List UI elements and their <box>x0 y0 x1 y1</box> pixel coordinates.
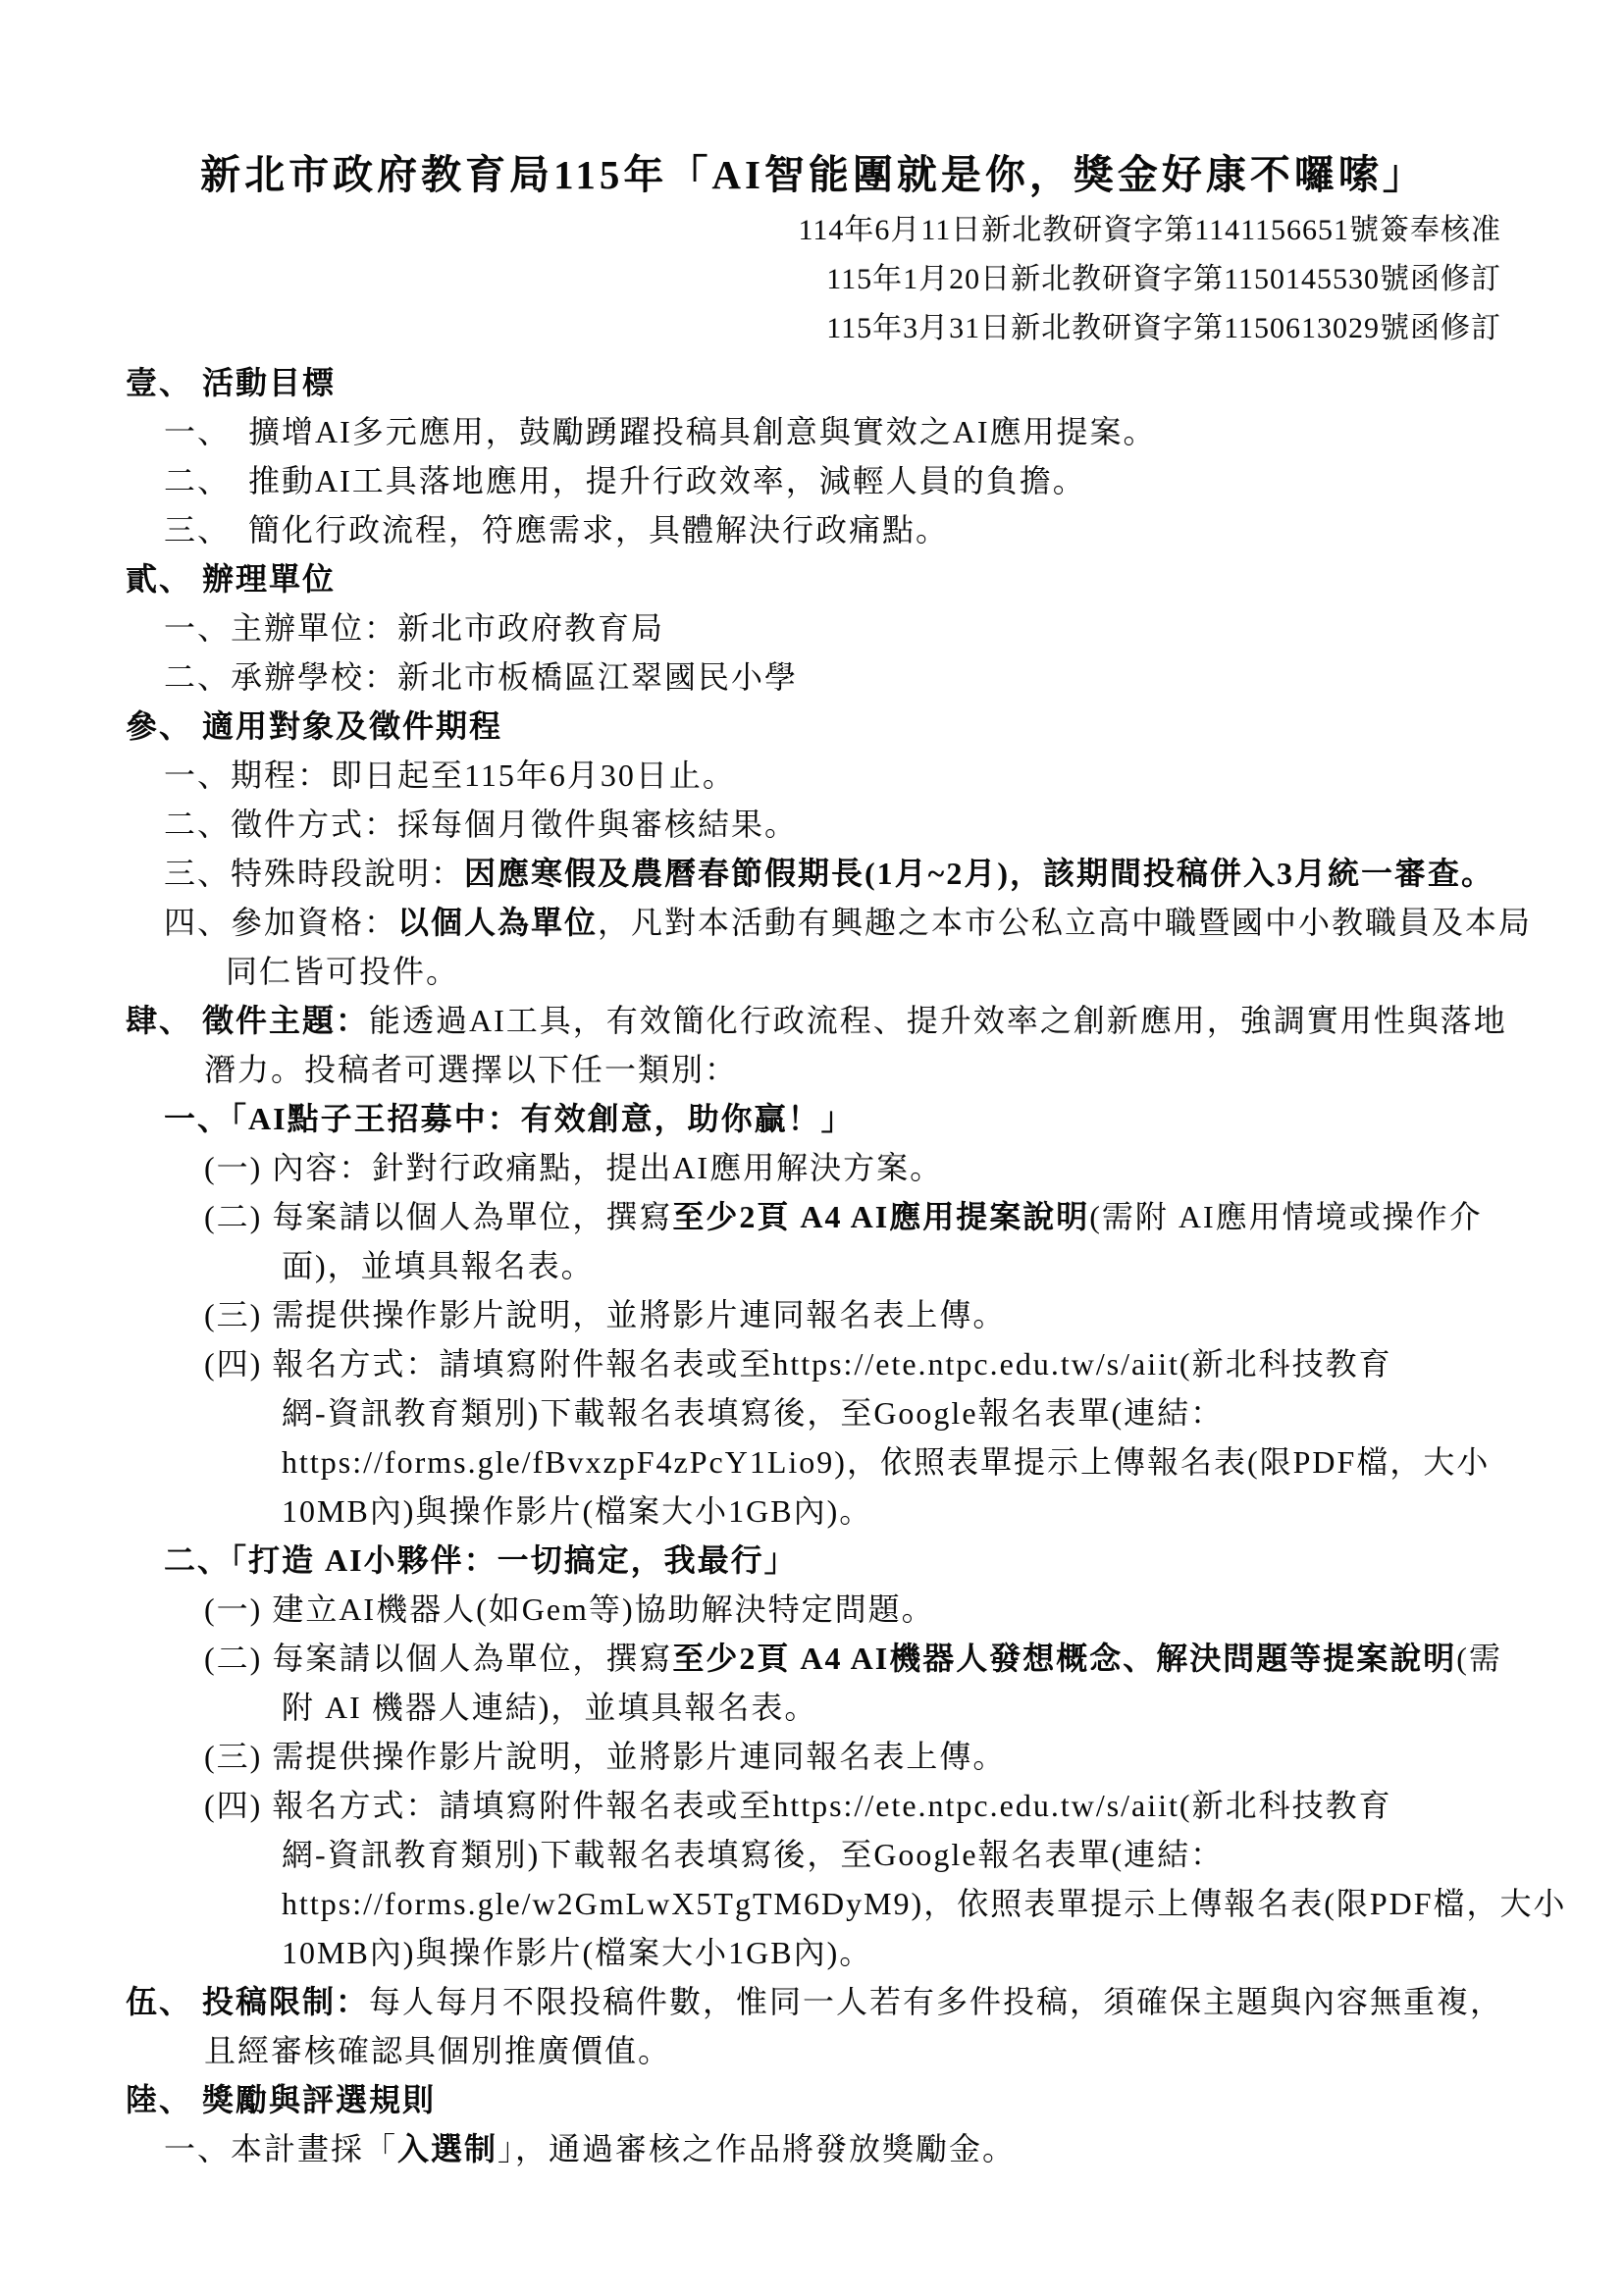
list-item: (二) 每案請以個人為單位，撰寫至少2頁 A4 AI應用提案說明(需附 AI應用… <box>204 1192 1483 1241</box>
text-segment: 伍、 投稿限制： <box>126 1984 369 2019</box>
text-segment: 且經審核確認具個別推廣價值。 <box>204 2033 671 2068</box>
continuation-line: 10MB內)與操作影片(檔案大小1GB內)。 <box>282 1928 872 1977</box>
text-segment: 一、主辦單位：新北市政府教育局 <box>164 610 664 646</box>
text-segment: 二、「打造 AI小夥伴：一切搞定，我最行」 <box>164 1542 798 1578</box>
text-segment: 因應寒假及農曆春節假期長(1月~2月)，該期間投稿併入3月統一審查。 <box>464 856 1494 891</box>
section-paragraph-5: 伍、 投稿限制：每人每月不限投稿件數，惟同一人若有多件投稿，須確保主題與內容無重… <box>126 1977 1503 2026</box>
text-segment: 三、特殊時段說明： <box>164 856 464 891</box>
text-segment: 附 AI 機器人連結)，並填具報名表。 <box>282 1690 817 1725</box>
category-heading: 二、「打造 AI小夥伴：一切搞定，我最行」 <box>164 1536 798 1585</box>
text-segment: 二、徵件方式：採每個月徵件與審核結果。 <box>164 807 798 842</box>
text-segment: 二、 推動AI工具落地應用，提升行政效率，減輕人員的負擔。 <box>164 463 1086 498</box>
continuation-line: 網-資訊教育類別)下載報名表填寫後，至Google報名表單(連結： <box>282 1830 1224 1879</box>
text-segment: 至少2頁 A4 AI機器人發想概念、解決問題等提案說明 <box>672 1641 1456 1676</box>
text-segment: (三) 需提供操作影片說明，並將影片連同報名表上傳。 <box>204 1297 1006 1332</box>
list-item: (四) 報名方式：請填寫附件報名表或至https://ete.ntpc.edu.… <box>204 1339 1392 1388</box>
text-segment: 四、參加資格： <box>164 905 397 940</box>
continuation-line: 網-資訊教育類別)下載報名表填寫後，至Google報名表單(連結： <box>282 1388 1224 1437</box>
revision-reference-line-2: 115年3月31日新北教研資字第1150613029號函修訂 <box>126 304 1501 353</box>
text-segment: (需 <box>1456 1641 1502 1676</box>
text-segment: 10MB內)與操作影片(檔案大小1GB內)。 <box>282 1935 872 1970</box>
revision-reference-line-1: 115年1月20日新北教研資字第1150145530號函修訂 <box>126 255 1501 304</box>
text-segment: (需附 AI應用情境或操作介 <box>1089 1199 1482 1234</box>
list-item: 一、期程：即日起至115年6月30日止。 <box>164 751 736 800</box>
text-segment: 陸、 獎勵與評選規則 <box>126 2082 436 2117</box>
text-segment: 每人每月不限投稿件數，惟同一人若有多件投稿，須確保主題與內容無重複， <box>369 1984 1503 2019</box>
text-segment: https://forms.gle/fBvxzpF4zPcY1Lio9)，依照表… <box>282 1444 1490 1480</box>
document-page: 新北市政府教育局115年「AI智能團就是你，獎金好康不囉嗦」 114年6月11日… <box>0 0 1624 2295</box>
continuation-line: https://forms.gle/w2GmLwX5TgTM6DyM9)，依照表… <box>282 1879 1567 1928</box>
reference-lines: 114年6月11日新北教研資字第1141156651號簽奉核准 115年1月20… <box>126 206 1501 353</box>
text-segment: 同仁皆可投件。 <box>226 954 459 989</box>
text-segment: 能透過AI工具，有效簡化行政流程、提升效率之創新應用，強調實用性與落地 <box>369 1003 1507 1038</box>
list-item: 一、主辦單位：新北市政府教育局 <box>164 603 664 652</box>
text-segment: 網-資訊教育類別)下載報名表填寫後，至Google報名表單(連結： <box>282 1395 1224 1431</box>
text-segment: 一、本計畫採「 <box>164 2131 397 2166</box>
text-segment: (一) 建立AI機器人(如Gem等)協助解決特定問題。 <box>204 1591 935 1627</box>
continuation-line: 潛力。投稿者可選擇以下任一類別： <box>204 1045 738 1094</box>
category-heading: 一、「AI點子王招募中：有效創意，助你贏！」 <box>164 1094 855 1143</box>
text-segment: (四) 報名方式：請填寫附件報名表或至https://ete.ntpc.edu.… <box>204 1346 1392 1382</box>
text-segment: 三、 簡化行政流程，符應需求，具體解決行政痛點。 <box>164 512 949 548</box>
document-title: 新北市政府教育局115年「AI智能團就是你，獎金好康不囉嗦」 <box>126 147 1501 202</box>
text-segment: 一、期程：即日起至115年6月30日止。 <box>164 757 736 793</box>
section-heading-2: 貳、 辦理單位 <box>126 554 336 603</box>
text-segment: 至少2頁 A4 AI應用提案說明 <box>672 1199 1089 1234</box>
text-segment: 二、承辦學校：新北市板橋區江翠國民小學 <box>164 659 798 695</box>
text-segment: https://forms.gle/w2GmLwX5TgTM6DyM9)，依照表… <box>282 1886 1567 1921</box>
text-segment: ，凡對本活動有興趣之本市公私立高中職暨國中小教職員及本局 <box>598 905 1532 940</box>
list-item: 一、 擴增AI多元應用，鼓勵踴躍投稿具創意與實效之AI應用提案。 <box>164 407 1157 456</box>
text-segment: 入選制 <box>397 2131 498 2166</box>
list-item: (四) 報名方式：請填寫附件報名表或至https://ete.ntpc.edu.… <box>204 1781 1392 1830</box>
section-heading-6: 陸、 獎勵與評選規則 <box>126 2075 436 2124</box>
text-segment: (二) 每案請以個人為單位，撰寫 <box>204 1641 672 1676</box>
text-segment: 壹、 活動目標 <box>126 365 336 400</box>
continuation-line: 10MB內)與操作影片(檔案大小1GB內)。 <box>282 1487 872 1536</box>
text-segment: (一) 內容：針對行政痛點，提出AI應用解決方案。 <box>204 1150 943 1185</box>
text-segment: (四) 報名方式：請填寫附件報名表或至https://ete.ntpc.edu.… <box>204 1788 1392 1823</box>
list-item: 一、本計畫採「入選制」，通過審核之作品將發放獎勵金。 <box>164 2124 1016 2173</box>
list-item: (三) 需提供操作影片說明，並將影片連同報名表上傳。 <box>204 1732 1006 1781</box>
list-item: 三、 簡化行政流程，符應需求，具體解決行政痛點。 <box>164 505 949 554</box>
list-item: 四、參加資格：以個人為單位，凡對本活動有興趣之本市公私立高中職暨國中小教職員及本… <box>164 898 1532 947</box>
text-segment: 一、 擴增AI多元應用，鼓勵踴躍投稿具創意與實效之AI應用提案。 <box>164 414 1157 449</box>
text-segment: (三) 需提供操作影片說明，並將影片連同報名表上傳。 <box>204 1739 1006 1774</box>
text-segment: 潛力。投稿者可選擇以下任一類別： <box>204 1052 738 1087</box>
continuation-line: 附 AI 機器人連結)，並填具報名表。 <box>282 1683 817 1732</box>
section-heading-3: 參、 適用對象及徵件期程 <box>126 702 502 751</box>
text-segment: 面)，並填具報名表。 <box>282 1248 595 1283</box>
list-item: (一) 內容：針對行政痛點，提出AI應用解決方案。 <box>204 1143 943 1192</box>
text-segment: 」，通過審核之作品將發放獎勵金。 <box>498 2131 1016 2166</box>
section-heading-1: 壹、 活動目標 <box>126 358 336 407</box>
text-segment: 10MB內)與操作影片(檔案大小1GB內)。 <box>282 1493 872 1529</box>
continuation-line: 同仁皆可投件。 <box>226 947 459 996</box>
list-item: 二、徵件方式：採每個月徵件與審核結果。 <box>164 800 798 849</box>
text-segment: 一、「AI點子王招募中：有效創意，助你贏！」 <box>164 1101 855 1136</box>
list-item: (一) 建立AI機器人(如Gem等)協助解決特定問題。 <box>204 1585 935 1634</box>
continuation-line: 且經審核確認具個別推廣價值。 <box>204 2026 671 2075</box>
continuation-line: https://forms.gle/fBvxzpF4zPcY1Lio9)，依照表… <box>282 1437 1490 1487</box>
text-segment: (二) 每案請以個人為單位，撰寫 <box>204 1199 672 1234</box>
list-item: 二、承辦學校：新北市板橋區江翠國民小學 <box>164 652 798 702</box>
list-item: 三、特殊時段說明：因應寒假及農曆春節假期長(1月~2月)，該期間投稿併入3月統一… <box>164 849 1494 898</box>
approval-reference-line: 114年6月11日新北教研資字第1141156651號簽奉核准 <box>126 206 1501 255</box>
text-segment: 參、 適用對象及徵件期程 <box>126 708 502 744</box>
text-segment: 以個人為單位 <box>397 905 598 940</box>
text-segment: 肆、 徵件主題： <box>126 1003 369 1038</box>
list-item: (二) 每案請以個人為單位，撰寫至少2頁 A4 AI機器人發想概念、解決問題等提… <box>204 1634 1502 1683</box>
continuation-line: 面)，並填具報名表。 <box>282 1241 595 1290</box>
list-item: (三) 需提供操作影片說明，並將影片連同報名表上傳。 <box>204 1290 1006 1339</box>
text-segment: 貳、 辦理單位 <box>126 561 336 597</box>
section-paragraph-4: 肆、 徵件主題：能透過AI工具，有效簡化行政流程、提升效率之創新應用，強調實用性… <box>126 996 1507 1045</box>
list-item: 二、 推動AI工具落地應用，提升行政效率，減輕人員的負擔。 <box>164 456 1086 505</box>
text-segment: 網-資訊教育類別)下載報名表填寫後，至Google報名表單(連結： <box>282 1837 1224 1872</box>
